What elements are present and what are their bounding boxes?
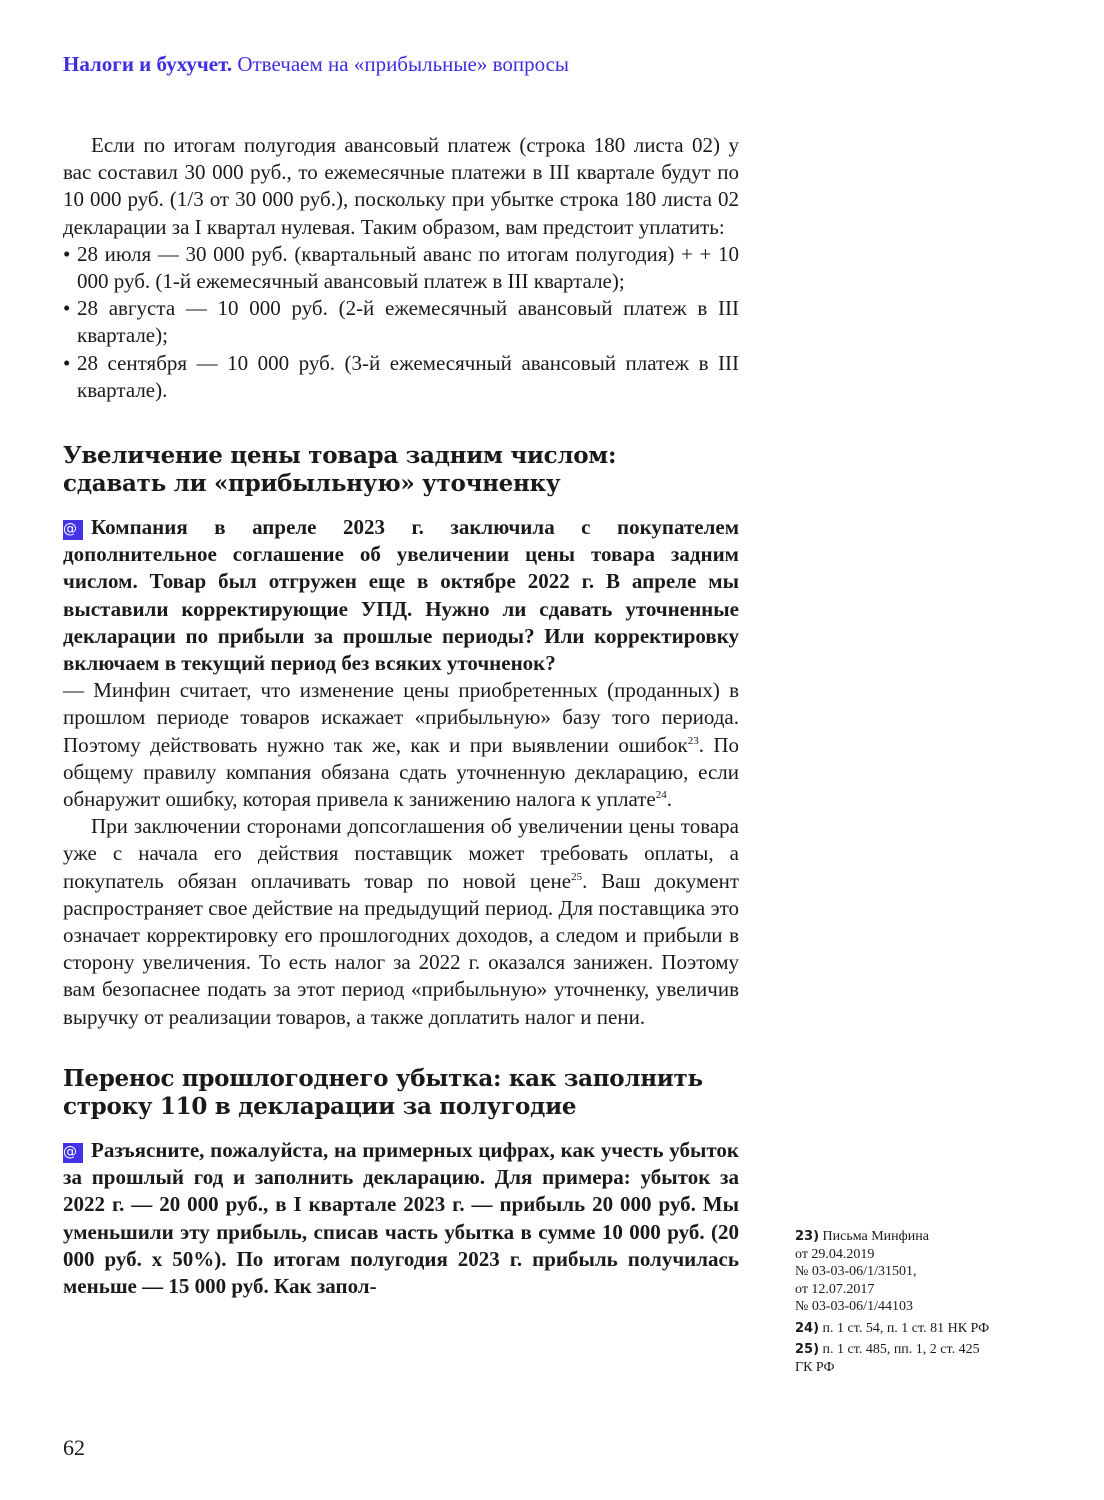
footnote-text: № 03-03-06/1/44103 <box>795 1299 913 1314</box>
footnote-number: 23) <box>795 1229 819 1244</box>
email-question-icon: @ <box>63 520 83 540</box>
answer-paragraph: — Минфин считает, что изменение цены при… <box>63 677 739 813</box>
reader-question: @Разъясните, пожалуйста, на примерных ци… <box>63 1137 739 1300</box>
footnote-ref: 25 <box>571 871 582 883</box>
heading-line: Увеличение цены товара задним числом: <box>63 442 616 469</box>
heading-line: сдавать ли «прибыльную» уточненку <box>63 470 560 497</box>
question-text: Компания в апреле 2023 г. заключила с по… <box>63 515 739 675</box>
running-header-section: Налоги и бухучет. <box>63 52 232 76</box>
footnote-text: от 12.07.2017 <box>795 1282 874 1297</box>
list-item: 28 июля — 30 000 руб. (квартальный аванс… <box>63 241 739 295</box>
intro-paragraph: Если по итогам полугодия авансовый плате… <box>63 132 739 241</box>
footnote-text: Письма Минфина <box>823 1229 929 1244</box>
reader-question: @Компания в апреле 2023 г. заключила с п… <box>63 514 739 677</box>
footnote-text: от 29.04.2019 <box>795 1247 874 1262</box>
footnote-text: п. 1 ст. 54, п. 1 ст. 81 НК РФ <box>823 1321 990 1336</box>
footnote-text: ГК РФ <box>795 1360 835 1375</box>
email-question-icon: @ <box>63 1143 83 1163</box>
list-item: 28 августа — 10 000 руб. (2-й ежемесячны… <box>63 295 739 349</box>
main-column: Если по итогам полугодия авансовый плате… <box>63 132 739 1300</box>
answer-paragraph: При заключении сторонами допсоглашения о… <box>63 813 739 1031</box>
footnote-ref: 23 <box>688 735 699 747</box>
section-heading-loss-carryforward: Перенос прошлогоднего убытка: как заполн… <box>63 1065 739 1121</box>
page-number: 62 <box>63 1435 85 1461</box>
heading-line: Перенос прошлогоднего убытка: как заполн… <box>63 1065 703 1092</box>
list-item: 28 сентября — 10 000 руб. (3-й ежемесячн… <box>63 350 739 404</box>
footnote-24: 24) п. 1 ст. 54, п. 1 ст. 81 НК РФ <box>795 1320 1035 1338</box>
footnote-ref: 24 <box>656 789 667 801</box>
footnote-23: 23) Письма Минфина от 29.04.2019 № 03-03… <box>795 1228 1035 1316</box>
payment-schedule-list: 28 июля — 30 000 руб. (квартальный аванс… <box>63 241 739 404</box>
footnotes: 23) Письма Минфина от 29.04.2019 № 03-03… <box>795 1228 1035 1380</box>
running-header-title: Отвечаем на «прибыльные» вопросы <box>237 52 569 76</box>
answer-text: — Минфин считает, что изменение цены при… <box>63 678 739 756</box>
footnote-number: 25) <box>795 1342 819 1357</box>
running-header: Налоги и бухучет. Отвечаем на «прибыльны… <box>63 52 569 77</box>
footnote-text: п. 1 ст. 485, пп. 1, 2 ст. 425 <box>823 1342 980 1357</box>
answer-text: . <box>667 787 672 811</box>
heading-line: строку 110 в декларации за полугодие <box>63 1093 576 1120</box>
footnote-number: 24) <box>795 1321 819 1336</box>
question-text: Разъясните, пожалуйста, на примерных циф… <box>63 1138 739 1298</box>
section-heading-price-increase: Увеличение цены товара задним числом: сд… <box>63 442 739 498</box>
footnote-25: 25) п. 1 ст. 485, пп. 1, 2 ст. 425 ГК РФ <box>795 1341 1035 1376</box>
footnote-text: № 03-03-06/1/31501, <box>795 1264 916 1279</box>
